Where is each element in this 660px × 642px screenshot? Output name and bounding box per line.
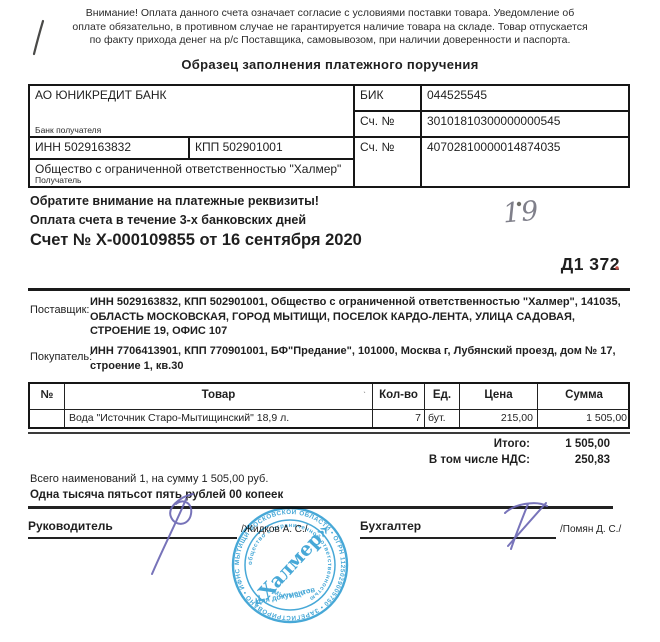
- payment-notice: Внимание! Оплата данного счета означает …: [70, 7, 590, 48]
- doc-code: Д1 372: [540, 254, 620, 275]
- accountant-signature-line: [360, 537, 556, 539]
- kpp-value: КПП 502901001: [190, 138, 355, 160]
- company-stamp: МЫТИЩИ МОСКОВСКОЙ ОБЛАСТИ • ОГРН 1125029…: [226, 501, 354, 629]
- supplier-label: Поставщик:: [30, 304, 89, 316]
- col-header-name-text: Товар: [202, 389, 236, 401]
- accountant-label: Бухгалтер: [360, 519, 421, 533]
- total-value: 1 505,00: [500, 438, 610, 450]
- invoice-title: Счет № Х-000109855 от 16 сентября 2020: [30, 231, 362, 250]
- corr-account-label: Сч. №: [355, 112, 422, 138]
- bank-details-table: АО ЮНИКРЕДИТ БАНК Банк получателя БИК 04…: [28, 84, 630, 188]
- item-price-cell: 215,00: [460, 410, 538, 427]
- recipient-name: Общество с ограниченной ответственностью…: [35, 162, 348, 176]
- item-unit-cell: бут.: [425, 410, 460, 427]
- accountant-name: /Помян Д. С./: [560, 524, 621, 535]
- amount-in-words: Одна тысяча пятьсот пять рублей 00 копее…: [30, 489, 283, 501]
- items-table: № Товар ̀ Кол-во Ед. Цена Сумма Вода "Ис…: [28, 382, 630, 429]
- divider-rule-top: [28, 288, 630, 291]
- corr-account-value: 30101810300000000545: [422, 112, 628, 138]
- director-label: Руководитель: [28, 519, 113, 533]
- director-signature-line: [28, 537, 237, 539]
- item-qty-cell: 7: [373, 410, 425, 427]
- accountant-signature-ink: [505, 503, 547, 549]
- bank-name: АО ЮНИКРЕДИТ БАНК: [35, 88, 348, 102]
- recipient-cell: Общество с ограниченной ответственностью…: [30, 160, 355, 186]
- buyer-label: Покупатель:: [30, 351, 92, 363]
- item-num-cell: [30, 410, 65, 427]
- vat-value: 250,83: [500, 454, 610, 466]
- attention-line-2: Оплата счета в течение 3-х банковских дн…: [30, 213, 306, 227]
- settlement-account-value: 40702810000014874035: [422, 138, 628, 186]
- items-summary: Всего наименований 1, на сумму 1 505,00 …: [30, 473, 268, 485]
- bik-label: БИК: [355, 86, 422, 112]
- handwritten-slash-mark: [34, 21, 43, 54]
- col-header-unit: Ед.: [425, 384, 460, 410]
- bank-name-cell: АО ЮНИКРЕДИТ БАНК Банк получателя: [30, 86, 355, 138]
- settlement-account-label: Сч. №: [355, 138, 422, 186]
- col-header-price: Цена: [460, 384, 538, 410]
- col-header-sum: Сумма: [538, 384, 630, 410]
- attention-line-1: Обратите внимание на платежные реквизиты…: [30, 194, 319, 208]
- bank-name-label: Банк получателя: [35, 125, 101, 135]
- invoice-document: Внимание! Оплата данного счета означает …: [0, 0, 660, 642]
- buyer-details: ИНН 7706413901, КПП 770901001, БФ"Предан…: [90, 344, 627, 373]
- col-header-num: №: [30, 384, 65, 410]
- supplier-details: ИНН 5029163832, КПП 502901001, Общество …: [90, 295, 627, 339]
- inn-value: ИНН 5029163832: [30, 138, 190, 160]
- item-name-cell: Вода "Источник Старо-Мытищинский" 18,9 л…: [65, 410, 373, 427]
- recipient-label: Получатель: [35, 175, 81, 185]
- col-header-name: Товар ̀: [65, 384, 373, 410]
- bik-value: 044525545: [422, 86, 628, 112]
- items-table-bottom-line: [28, 432, 630, 434]
- sample-heading: Образец заполнения платежного поручения: [0, 57, 660, 72]
- col-header-qty: Кол-во: [373, 384, 425, 410]
- handwritten-number: 19: [502, 195, 541, 229]
- item-sum-cell: 1 505,00: [538, 410, 630, 427]
